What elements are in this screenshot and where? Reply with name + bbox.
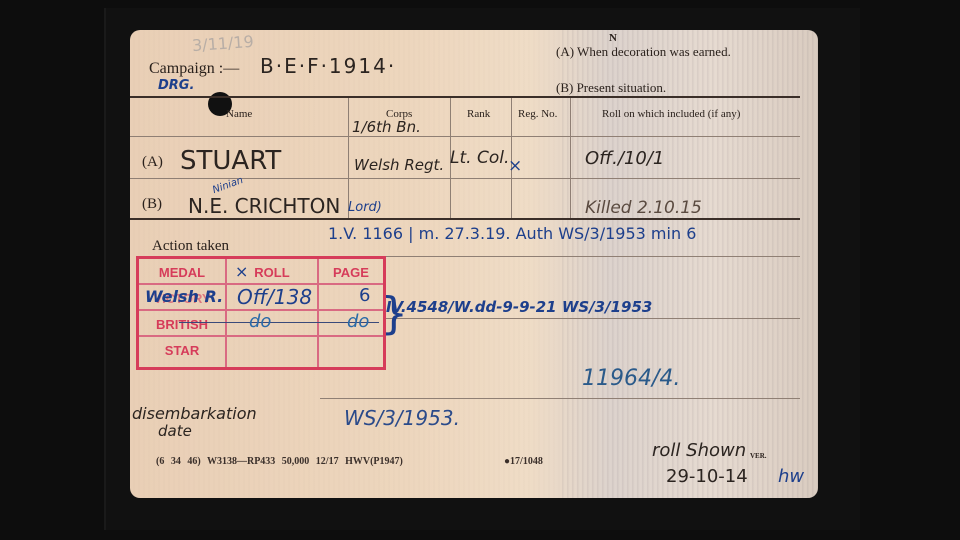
row-b-status: Killed 2.10.15 [585, 198, 702, 218]
col-header-roll: Roll on which included (if any) [602, 108, 740, 120]
stamp-roll-british: do [249, 311, 271, 332]
stamp-page-victory: 6 [359, 285, 370, 306]
row-a-name: STUART [180, 146, 281, 176]
row-a-rank: Lt. Col. [450, 148, 509, 168]
action-entry-1: 1.V. 1166 | m. 27.3.19. Auth WS/3/1953 m… [328, 224, 696, 243]
row-a-label: (A) [142, 154, 163, 171]
roll-shown-note: roll Shown [652, 440, 746, 461]
table-bottom-rule [130, 218, 800, 220]
row-b-label: (B) [142, 196, 162, 213]
stamp-header-medal: MEDAL [139, 265, 225, 280]
disembarkation-label: disembarkation [132, 404, 257, 423]
stamp-roll-victory: Off/138 [237, 285, 312, 309]
col-header-rank: Rank [467, 108, 490, 120]
header-correction: N [609, 32, 617, 44]
row-a-corps-regiment: Welsh Regt. [354, 156, 444, 174]
stamp-roll-mark: × [235, 262, 248, 281]
disembarkation-value: WS/3/1953. [344, 406, 460, 430]
ver-date: 29-10-14 [666, 466, 748, 487]
col-header-reg-no: Reg. No. [518, 108, 557, 120]
campaign-value: B·E·F·1914· [260, 54, 396, 78]
stamp-medal-star: STAR [139, 343, 225, 358]
col-header-name: Name [226, 108, 252, 120]
disembarkation-label-date: date [158, 422, 192, 440]
row-rule [130, 136, 800, 137]
header-present-situation: (B) Present situation. [556, 80, 666, 96]
stamp-header-page: PAGE [319, 265, 383, 280]
medal-index-card: 3/11/19 Campaign :— B·E·F·1914· DRG. (A)… [130, 30, 818, 498]
stamp-page-british: do [347, 311, 369, 332]
row-a-corps-battalion: 1/6th Bn. [352, 118, 421, 136]
row-a-roll: Off./10/1 [585, 148, 664, 169]
row-b-name-suffix: Lord) [348, 200, 382, 215]
action-entry-2: IV.4548/W.dd-9-9-21 WS/3/1953 [386, 298, 652, 316]
faint-pencil-note: 3/11/19 [191, 32, 254, 55]
table-top-rule [130, 96, 800, 98]
stamp-divider [139, 335, 383, 337]
action-taken-label: Action taken [152, 238, 229, 255]
header-when-earned: (A) When decoration was earned. [556, 44, 731, 60]
medal-stamp: MEDAL ROLL × PAGE VICTORY Welsh R. Off/1… [136, 256, 386, 370]
campaign-note: DRG. [158, 78, 194, 93]
ver-initials: hw [778, 466, 804, 487]
row-b-name: N.E. CRICHTON [188, 194, 340, 218]
form-print-code-2: ●17/1048 [504, 456, 543, 467]
campaign-label: Campaign :— [149, 60, 239, 78]
ver-label: VER. [750, 452, 767, 460]
stamp-medal-british: BRITISH [139, 317, 225, 332]
action-rule [320, 398, 800, 399]
action-entry-3: 11964/4. [582, 366, 680, 391]
form-print-code: (6 34 46) W3138—RP433 50,000 12/17 HWV(P… [156, 456, 403, 467]
action-rule [320, 256, 800, 257]
action-rule [385, 318, 800, 319]
scan-artifact-stripes [562, 30, 818, 498]
stamp-medal-override: Welsh R. [145, 287, 223, 306]
row-a-rank-mark: × [508, 156, 522, 176]
col-divider [570, 98, 571, 218]
